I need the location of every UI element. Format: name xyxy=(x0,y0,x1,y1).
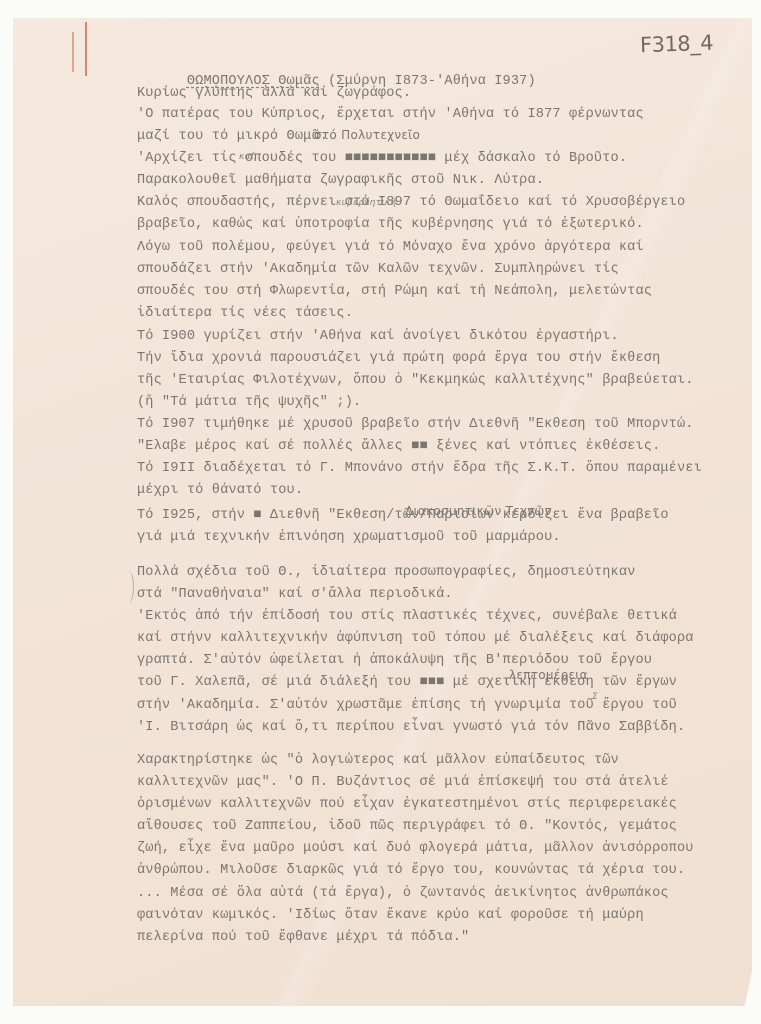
annotation-sigma: Σ xyxy=(592,692,598,702)
reference-code: F318_4 xyxy=(640,31,714,58)
margin-mark-right xyxy=(85,22,87,76)
margin-mark-left xyxy=(72,32,74,72)
text-line: Τό I9II διαδέχεται τό Γ. Μπονάνο στήν ἕδ… xyxy=(137,461,702,477)
annotation-polytechnic: στό Πολυτεχνεῖο xyxy=(314,128,420,142)
text-line: πελερίνα πού τοῦ ἔφθανε μέχρι τά πόδια." xyxy=(137,930,469,946)
text-line: 'Ο πατέρας του Κύπριος, ἔρχεται στήν 'Αθ… xyxy=(137,107,644,123)
annotation-kai: καί xyxy=(239,152,254,162)
text-line: Τό I900 γυρίζει στήν 'Αθήνα καί ἀνοίγει … xyxy=(137,329,619,345)
text-line: "Ελαβε μέρος καί σέ πολλές ἄλλες ■■ ξένε… xyxy=(137,439,660,455)
text-line: ζωή, εἶχε ἕνα μαῦρο μούσι καί δυό φλογερ… xyxy=(137,841,694,857)
text-line: Χαρακτηρίστηκε ὡς "ὁ λογιώτερος καί μᾶλλ… xyxy=(137,753,619,769)
text-line: φαινόταν κωμικός. 'Ιδίως ὅταν ἔκανε κρύο… xyxy=(137,908,644,924)
text-line: Τήν ἴδια χρονιά παρουσιάζει γιά πρώτη φο… xyxy=(137,351,660,367)
text-line: Τό I925, στήν ■ Διεθνῆ "Εκθεση/τῶν/Παρισ… xyxy=(137,508,669,524)
text-line: 'Εκτός ἀπό τήν ἐπίδοσή του στίς πλαστικέ… xyxy=(137,609,677,625)
text-line: βραβεῖο, καθώς καί ὑποτροφία τῆς κυβέρνη… xyxy=(137,217,644,233)
text-line: γιά μιά τεχνικήν ἐπινόηση χρωματισμοῦ το… xyxy=(137,530,561,546)
text-line: Καλός σπουδαστής, πέρνει στά I897 τό Θωμ… xyxy=(137,195,685,211)
text-line: αἴθουσες τοῦ Ζαππείου, ἰδοῦ πῶς περιγράφ… xyxy=(137,819,677,835)
text-line: μαζί του τό μικρό Θωμᾶ. xyxy=(137,129,328,145)
text-line: Παρακολουθεῖ μαθήματα ζωγραφικῆς στοῦ Νι… xyxy=(137,173,544,189)
text-line: (ἤ "Τά μάτια τῆς ψυχῆς" ;). xyxy=(137,395,361,411)
text-line: ἀνθρώπου. Μιλοῦσε διαρκῶς γιά τό ἔργο το… xyxy=(137,863,685,879)
annotation-leptomeria: λεπτομέρεια xyxy=(509,668,588,682)
text-line: καί στήνν καλλιτεχνικήν ἀφύπνιση τοῦ τόπ… xyxy=(137,631,694,647)
text-line: καλλιτεχνῶν μας". 'Ο Π. Βυζάντιος σέ μιά… xyxy=(137,775,669,791)
text-line: στά "Παναθήναια" καί σ'ἄλλα περιοδικά. xyxy=(137,587,453,603)
annotation-decorative-arts: Διακοσμητικῶν Τεχνῶν xyxy=(405,504,552,518)
text-line: σπουδές του στή Φλωρεντία, στή Ρώμη καί … xyxy=(137,284,652,300)
text-line: γραπτά. Σ'αὐτόν ὠφείλεται ἡ ἀποκάλυψη τῆ… xyxy=(137,653,652,669)
text-line: Τό I907 τιμήθηκε μέ χρυσοῦ βραβεῖο στήν … xyxy=(137,417,694,433)
text-line: τοῦ Γ. Χαλεπᾶ, σέ μιά διάλεξή του ■■■ μέ… xyxy=(137,675,677,691)
text-line: 'Αρχίζει τίς σπουδές του ■■■■■■■■■■■ μέχ… xyxy=(137,151,627,167)
text-line: Λόγω τοῦ πολέμου, φεύγει γιά τό Μόναχο ἕ… xyxy=(137,240,644,256)
text-line: μέχρι τό θάνατό του. xyxy=(137,483,303,499)
text-line: 'Ι. Βιτσάρη ὡς καί ὅ,τι περίπου εἶναι γν… xyxy=(137,720,685,736)
text-line: ὁρισμένων καλλιτεχνῶν πού εἶχαν ἐγκατεστ… xyxy=(137,797,677,813)
text-line: Πολλά σχέδια τοῦ Θ., ἰδιαίτερα προσωπογρ… xyxy=(137,565,635,581)
text-line: Κυρίως γλύπτης ἀλλά καί ζωγράφος. xyxy=(137,86,411,102)
annotation-kyvernisi: κυβερνητική xyxy=(336,198,396,208)
text-line: σπουδάζει στήν 'Ακαδημία τῶν Καλῶν τεχνῶ… xyxy=(137,262,619,278)
text-line: τῆς 'Εταιρίας Φιλοτέχνων, ὅπου ὁ "Κεκμηκ… xyxy=(137,373,694,389)
document-page: F318_4 ΘΩΜΟΠΟΥΛΟΣ Θωμᾶς (Σμύρνη I873-'Αθ… xyxy=(13,18,752,1006)
text-line: ... Μέσα σέ ὅλα αὐτά (τά ἔργα), ὁ ζωνταν… xyxy=(137,886,669,902)
bracket-mark xyxy=(123,571,134,603)
text-line: ἰδιαίτερα τίς νέες τάσεις. xyxy=(137,306,353,322)
